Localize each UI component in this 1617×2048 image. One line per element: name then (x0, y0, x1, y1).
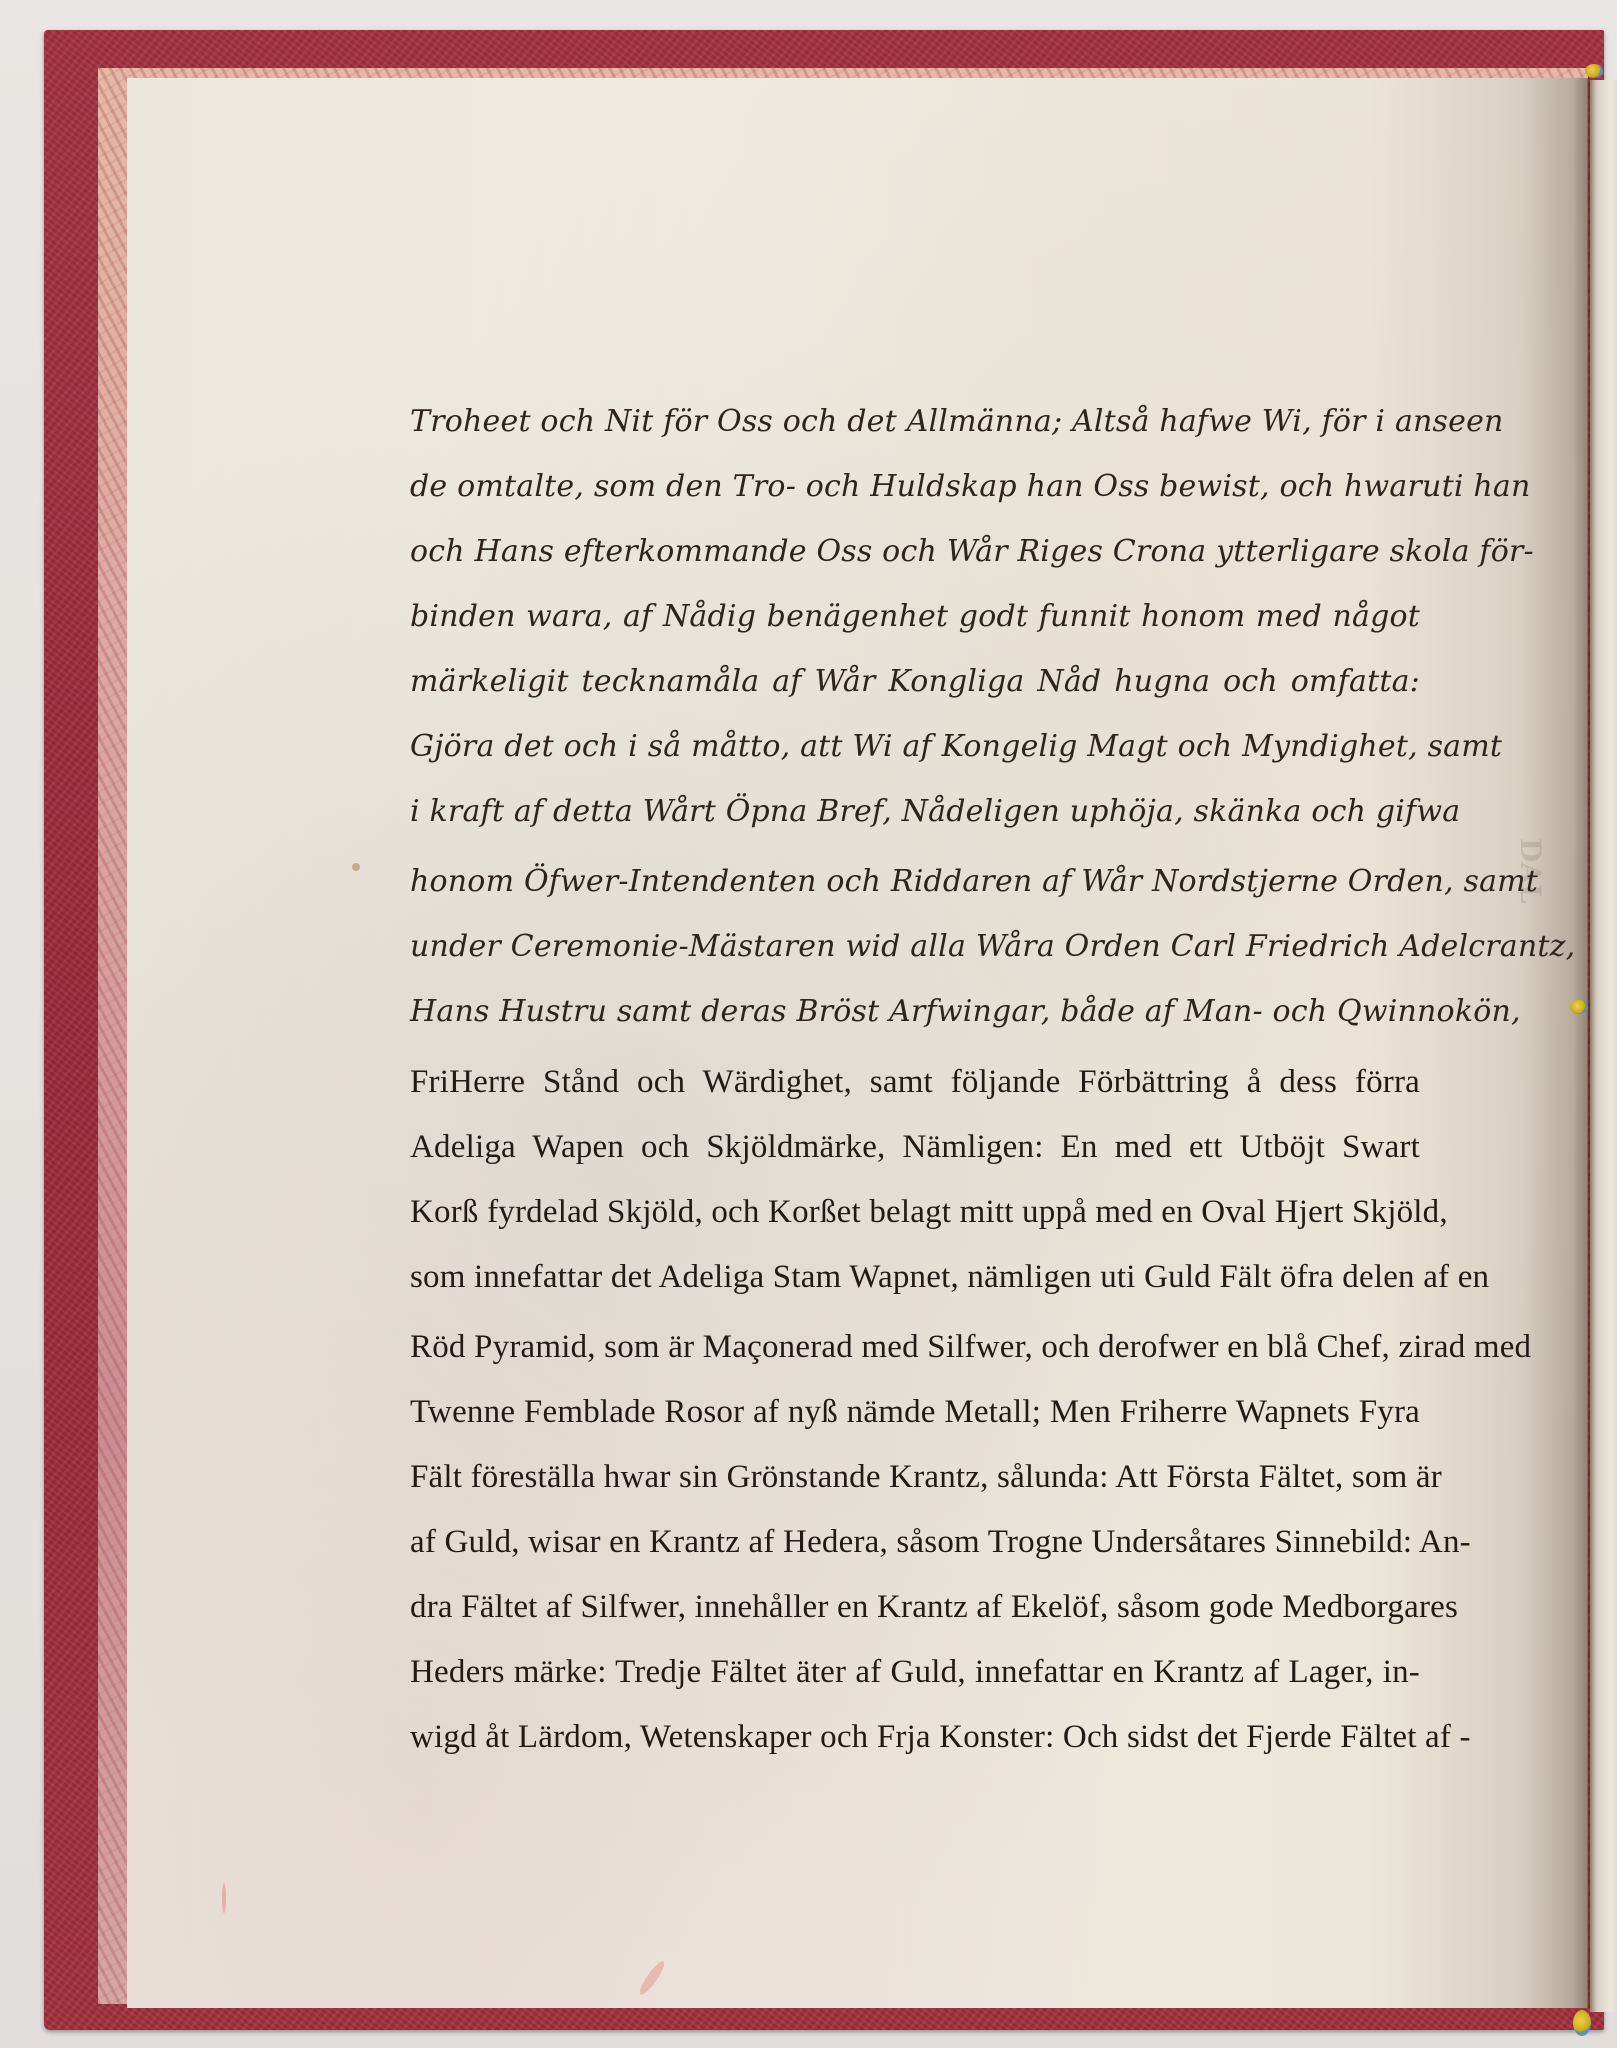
scanned-book-spread: DAL Troheet och Nit för Oss och det Allm… (0, 0, 1617, 2048)
text-line: Heders märke: Tredje Fältet äter af Guld… (410, 1652, 1420, 1692)
text-line: Röd Pyramid, som är Maçonerad med Silfwe… (410, 1327, 1420, 1367)
text-line: Gjöra det och i så måtto, att Wi af Kong… (410, 727, 1420, 767)
text-line: Troheet och Nit för Oss och det Allmänna… (410, 402, 1420, 442)
red-stain (222, 1883, 226, 1913)
text-line: dra Fältet af Silfwer, innehåller en Kra… (410, 1587, 1420, 1627)
red-stain (636, 1959, 667, 1998)
text-line: honom Öfwer-Intendenten och Riddaren af … (410, 862, 1420, 902)
text-line: i kraft af detta Wårt Öpna Bref, Nådelig… (410, 792, 1420, 832)
text-line: Hans Hustru samt deras Bröst Arfwingar, … (410, 992, 1420, 1032)
binding-cord (1573, 2010, 1591, 2036)
foxing-spot (352, 863, 360, 871)
text-line: binden wara, af Nådig benägenhet godt fu… (410, 597, 1420, 637)
text-line: Korß fyrdelad Skjöld, och Korßet belagt … (410, 1192, 1420, 1232)
text-line: märkeligit tecknamåla af Wår Kongliga Nå… (410, 662, 1420, 702)
text-line: af Guld, wisar en Krantz af Hedera, såso… (410, 1522, 1420, 1562)
text-line: Adeliga Wapen och Skjöldmärke, Nämligen:… (410, 1127, 1420, 1167)
text-line: de omtalte, som den Tro- och Huldskap ha… (410, 467, 1420, 507)
text-line: som innefattar det Adeliga Stam Wapnet, … (410, 1257, 1420, 1297)
gutter-shadow (1520, 78, 1590, 2008)
text-line: Twenne Femblade Rosor af nyß nämde Metal… (410, 1392, 1420, 1432)
binding-cord (1585, 64, 1603, 78)
facing-page-edge (1590, 80, 1617, 2012)
text-line: Fält föreställa hwar sin Grönstande Kran… (410, 1457, 1420, 1497)
text-line: och Hans efterkommande Oss och Wår Riges… (410, 532, 1420, 572)
text-line: FriHerre Stånd och Wärdighet, samt följa… (410, 1062, 1420, 1102)
text-line: under Ceremonie-Mästaren wid alla Wåra O… (410, 927, 1420, 967)
text-line: wigd åt Lärdom, Wetenskaper och Frja Kon… (410, 1717, 1420, 1757)
binding-cord (1570, 1000, 1588, 1014)
